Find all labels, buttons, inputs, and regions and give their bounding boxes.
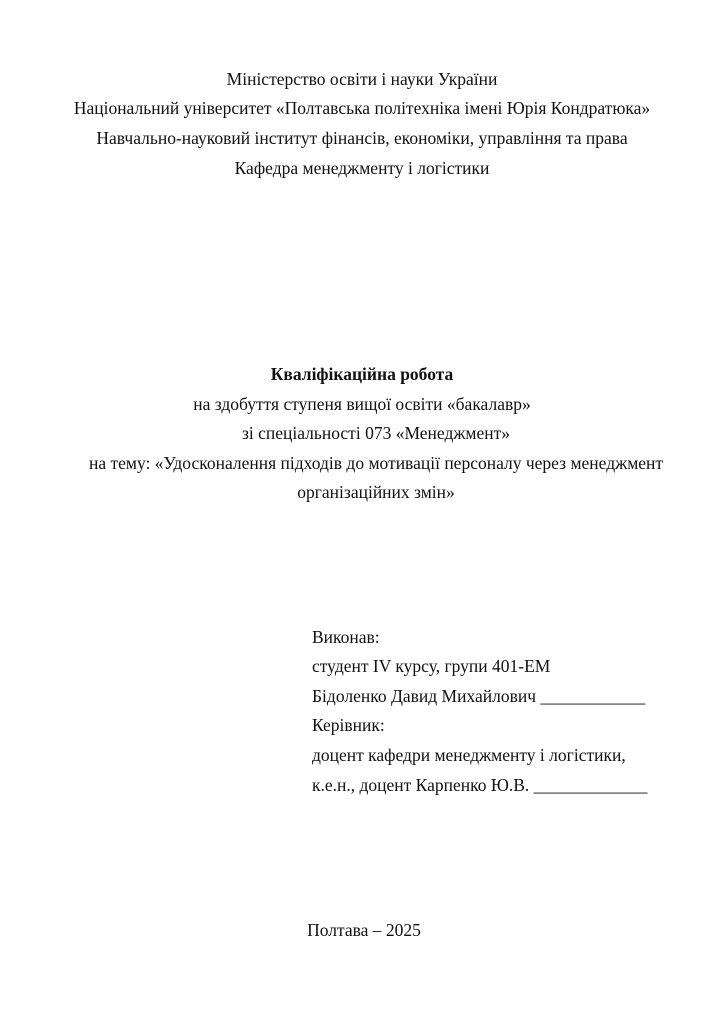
- supervisor-name-signature: к.е.н., доцент Карпенко Ю.В. ___________…: [312, 775, 647, 795]
- performed-label: Виконав:: [312, 627, 380, 647]
- student-name-signature: Бідоленко Давид Михайлович ____________: [312, 686, 645, 706]
- degree-line: на здобуття ступеня вищої освіти «бакала…: [0, 394, 724, 414]
- ministry-heading: Міністерство освіти і науки України: [0, 69, 724, 89]
- university-heading: Національний університет «Полтавська пол…: [0, 98, 724, 118]
- work-title: Кваліфікаційна робота: [0, 364, 724, 384]
- supervisor-position: доцент кафедри менеджменту і логістики,: [312, 745, 626, 765]
- department-heading: Кафедра менеджменту і логістики: [0, 158, 724, 178]
- specialty-line: зі спеціальності 073 «Менеджмент»: [14, 423, 724, 443]
- city-year: Полтава – 2025: [2, 920, 724, 940]
- institute-heading: Навчально-науковий інститут фінансів, ек…: [0, 128, 724, 148]
- supervisor-label: Керівник:: [312, 715, 385, 735]
- topic-line-1: на тему: «Удосконалення підходів до моти…: [14, 453, 724, 473]
- student-info: студент IV курсу, групи 401-ЕМ: [312, 656, 550, 676]
- topic-line-2: організаційних змін»: [14, 482, 724, 502]
